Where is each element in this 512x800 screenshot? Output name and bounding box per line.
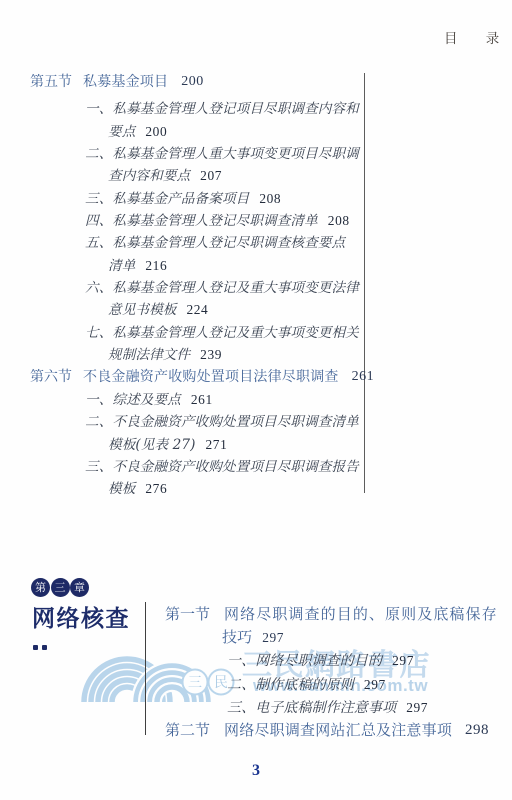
entry-page: 224 [186, 302, 208, 317]
entry-page: 207 [200, 168, 222, 183]
toc-entry-continuation: 查内容和要点207 [0, 165, 420, 187]
section-page: 200 [181, 71, 204, 93]
page-header-title: 目 录 [444, 27, 511, 47]
toc-entry: 四、私募基金管理人登记尽职调查清单208 [0, 210, 420, 232]
section-title: 网络尽职调查网站汇总及注意事项 [224, 719, 452, 742]
toc-top-block: 第五节 私募基金项目 200 一、私募基金管理人登记项目尽职调查内容和 要点20… [0, 71, 420, 501]
toc-entry: 三、电子底稿制作注意事项297 [0, 696, 512, 719]
toc-entry: 一、私募基金管理人登记项目尽职调查内容和 [0, 98, 420, 120]
toc-net-section-2: 第二节 网络尽职调查网站汇总及注意事项 298 [0, 719, 512, 742]
entry-text: 规制法律文件 [108, 347, 190, 363]
section-page: 297 [262, 630, 284, 645]
toc-entry-continuation: 技巧297 [0, 626, 512, 649]
section-page: 261 [352, 366, 375, 388]
section-label: 第二节 [0, 719, 210, 742]
page-number: 3 [0, 762, 512, 780]
entry-text: 七、私募基金管理人登记及重大事项变更相关 [85, 325, 359, 341]
entry-text: 一、网络尽职调查的目的 [227, 653, 382, 669]
entry-text: 模板 [108, 481, 135, 497]
entry-text: 二、私募基金管理人重大事项变更项目尽职调 [85, 146, 359, 162]
toc-entry: 三、私募基金产品备案项目208 [0, 188, 420, 210]
entry-page: 208 [259, 191, 281, 206]
entry-page: 297 [406, 700, 428, 715]
entry-text: 意见书模板 [108, 302, 176, 318]
entry-text: 三、电子底稿制作注意事项 [227, 700, 396, 716]
entry-text: 五、私募基金管理人登记尽职调查核查要点 [85, 235, 345, 251]
section-page: 298 [465, 719, 489, 742]
toc-entry: 二、私募基金管理人重大事项变更项目尽职调 [0, 143, 420, 165]
chapter-badge: 第 三 章 [31, 578, 90, 597]
toc-section-5: 第五节 私募基金项目 200 [0, 71, 420, 93]
entry-page: 239 [200, 347, 222, 362]
toc-entry-continuation: 要点200 [0, 121, 420, 143]
entry-page: 261 [191, 392, 213, 407]
entry-text: 四、私募基金管理人登记尽职调查清单 [85, 213, 318, 229]
entry-page: 208 [328, 213, 350, 228]
entry-page: 200 [145, 124, 167, 139]
entry-text: 二、不良金融资产收购处置项目尽职调查清单 [85, 414, 359, 430]
entry-text: 一、私募基金管理人登记项目尽职调查内容和 [85, 101, 359, 117]
section-title: 网络尽职调查的目的、原则及底稿保存 [224, 603, 498, 626]
chapter-badge-char: 第 [31, 578, 50, 597]
toc-entry-continuation: 清单216 [0, 255, 420, 277]
entry-text: 清单 [108, 258, 135, 274]
toc-entry-continuation: 模板(见表 27)271 [0, 434, 420, 456]
section-title: 私募基金项目 [83, 71, 168, 93]
entry-text: 要点 [108, 124, 135, 140]
chapter-badge-char: 三 [51, 578, 70, 597]
section-label: 第五节 [0, 71, 72, 93]
entry-text: 三、私募基金产品备案项目 [85, 191, 249, 207]
section-title-continuation: 技巧 [222, 628, 252, 646]
entry-text: 模板(见表 27) [108, 437, 196, 453]
toc-entry: 一、网络尽职调查的目的297 [0, 649, 512, 672]
entry-text: 一、综述及要点 [85, 392, 181, 408]
chapter-badge-char: 章 [70, 578, 89, 597]
entry-text: 三、不良金融资产收购处置项目尽职调查报告 [85, 459, 359, 475]
book-page: 目 录 第五节 私募基金项目 200 一、私募基金管理人登记项目尽职调查内容和 … [0, 0, 512, 800]
toc-entry: 五、私募基金管理人登记尽职调查核查要点 [0, 232, 420, 254]
entry-page: 271 [206, 437, 228, 452]
toc-entry: 三、不良金融资产收购处置项目尽职调查报告 [0, 456, 420, 478]
toc-entry-continuation: 模板276 [0, 478, 420, 500]
toc-entry: 二、制作底稿的原则297 [0, 673, 512, 696]
entry-text: 查内容和要点 [108, 168, 190, 184]
toc-net-section-1: 第一节 网络尽职调查的目的、原则及底稿保存 [0, 603, 512, 626]
entry-text: 六、私募基金管理人登记及重大事项变更法律 [85, 280, 359, 296]
entry-page: 297 [392, 653, 414, 668]
toc-entry: 六、私募基金管理人登记及重大事项变更法律 [0, 277, 420, 299]
toc-entry: 一、综述及要点261 [0, 389, 420, 411]
section-label: 第六节 [0, 366, 72, 388]
section-title: 不良金融资产收购处置项目法律尽职调查 [83, 366, 339, 388]
toc-chapter-block: 第一节 网络尽职调查的目的、原则及底稿保存 技巧297 一、网络尽职调查的目的2… [0, 603, 512, 742]
toc-entry-continuation: 规制法律文件239 [0, 344, 420, 366]
section-label: 第一节 [0, 603, 210, 626]
toc-entry: 二、不良金融资产收购处置项目尽职调查清单 [0, 411, 420, 433]
toc-entry: 七、私募基金管理人登记及重大事项变更相关 [0, 322, 420, 344]
toc-entry-continuation: 意见书模板224 [0, 299, 420, 321]
entry-text: 二、制作底稿的原则 [227, 677, 354, 693]
entry-page: 297 [364, 677, 386, 692]
entry-page: 276 [145, 481, 167, 496]
entry-page: 216 [145, 258, 167, 273]
toc-section-6: 第六节 不良金融资产收购处置项目法律尽职调查 261 [0, 366, 420, 388]
